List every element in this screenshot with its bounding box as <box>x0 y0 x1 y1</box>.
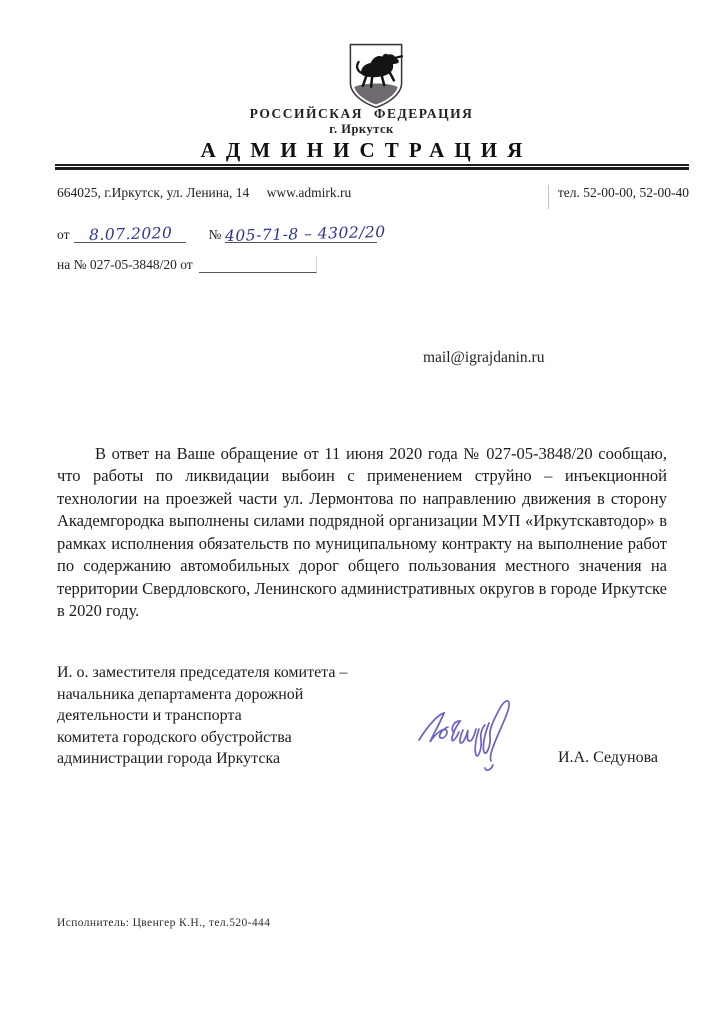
incoming-reference-line: на № 027-05-3848/20 от <box>57 256 317 273</box>
postal-address: 664025, г.Иркутск, ул. Ленина, 14 <box>57 185 249 200</box>
website-text: www.admirk.ru <box>267 185 352 200</box>
letter-body-paragraph: В ответ на Ваше обращение от 11 июня 202… <box>57 443 667 623</box>
outgoing-reference-line: от 8.07.2020 № 405-71-8 – 4302/20 <box>57 224 377 243</box>
signer-position-line: деятельности и транспорта <box>57 705 347 727</box>
letterhead-country: РОССИЙСКАЯ ФЕДЕРАЦИЯ <box>0 106 723 122</box>
date-label: от <box>57 227 69 243</box>
recipient-email: mail@igrajdanin.ru <box>423 349 544 367</box>
number-label: № <box>208 227 221 243</box>
coat-of-arms-irkutsk-icon <box>347 42 405 110</box>
scanned-letter-page: РОССИЙСКАЯ ФЕДЕРАЦИЯ г. Иркутск АДМИНИСТ… <box>0 0 723 1024</box>
letterhead-address: 664025, г.Иркутск, ул. Ленина, 14 www.ad… <box>57 185 351 201</box>
signer-position-line: комитета городского обустройства <box>57 727 347 749</box>
handwritten-date: 8.07.2020 <box>89 224 173 244</box>
date-blank: 8.07.2020 <box>74 224 186 243</box>
letterhead-phone: тел. 52-00-00, 52-00-40 <box>548 185 689 209</box>
signer-name: И.А. Седунова <box>558 749 658 767</box>
signer-position-line: начальника департамента дорожной <box>57 684 347 706</box>
letterhead-organization: АДМИНИСТРАЦИЯ <box>0 138 723 163</box>
handwritten-signature-icon <box>413 688 531 780</box>
letterhead-double-rule <box>55 164 689 170</box>
number-blank: 405-71-8 – 4302/20 <box>225 224 377 243</box>
signer-position-line: И. о. заместителя председателя комитета … <box>57 662 347 684</box>
handwritten-number: 405-71-8 – 4302/20 <box>225 223 386 245</box>
signer-position-line: администрации города Иркутска <box>57 748 347 770</box>
reply-reference-label: на № 027-05-3848/20 от <box>57 257 193 273</box>
executor-footer: Исполнитель: Цвенгер К.Н., тел.520-444 <box>57 917 270 929</box>
signer-position-block: И. о. заместителя председателя комитета … <box>57 662 347 770</box>
letterhead-city: г. Иркутск <box>0 122 723 137</box>
letterhead-contact-row: 664025, г.Иркутск, ул. Ленина, 14 www.ad… <box>57 185 689 209</box>
reply-date-blank <box>199 256 317 273</box>
